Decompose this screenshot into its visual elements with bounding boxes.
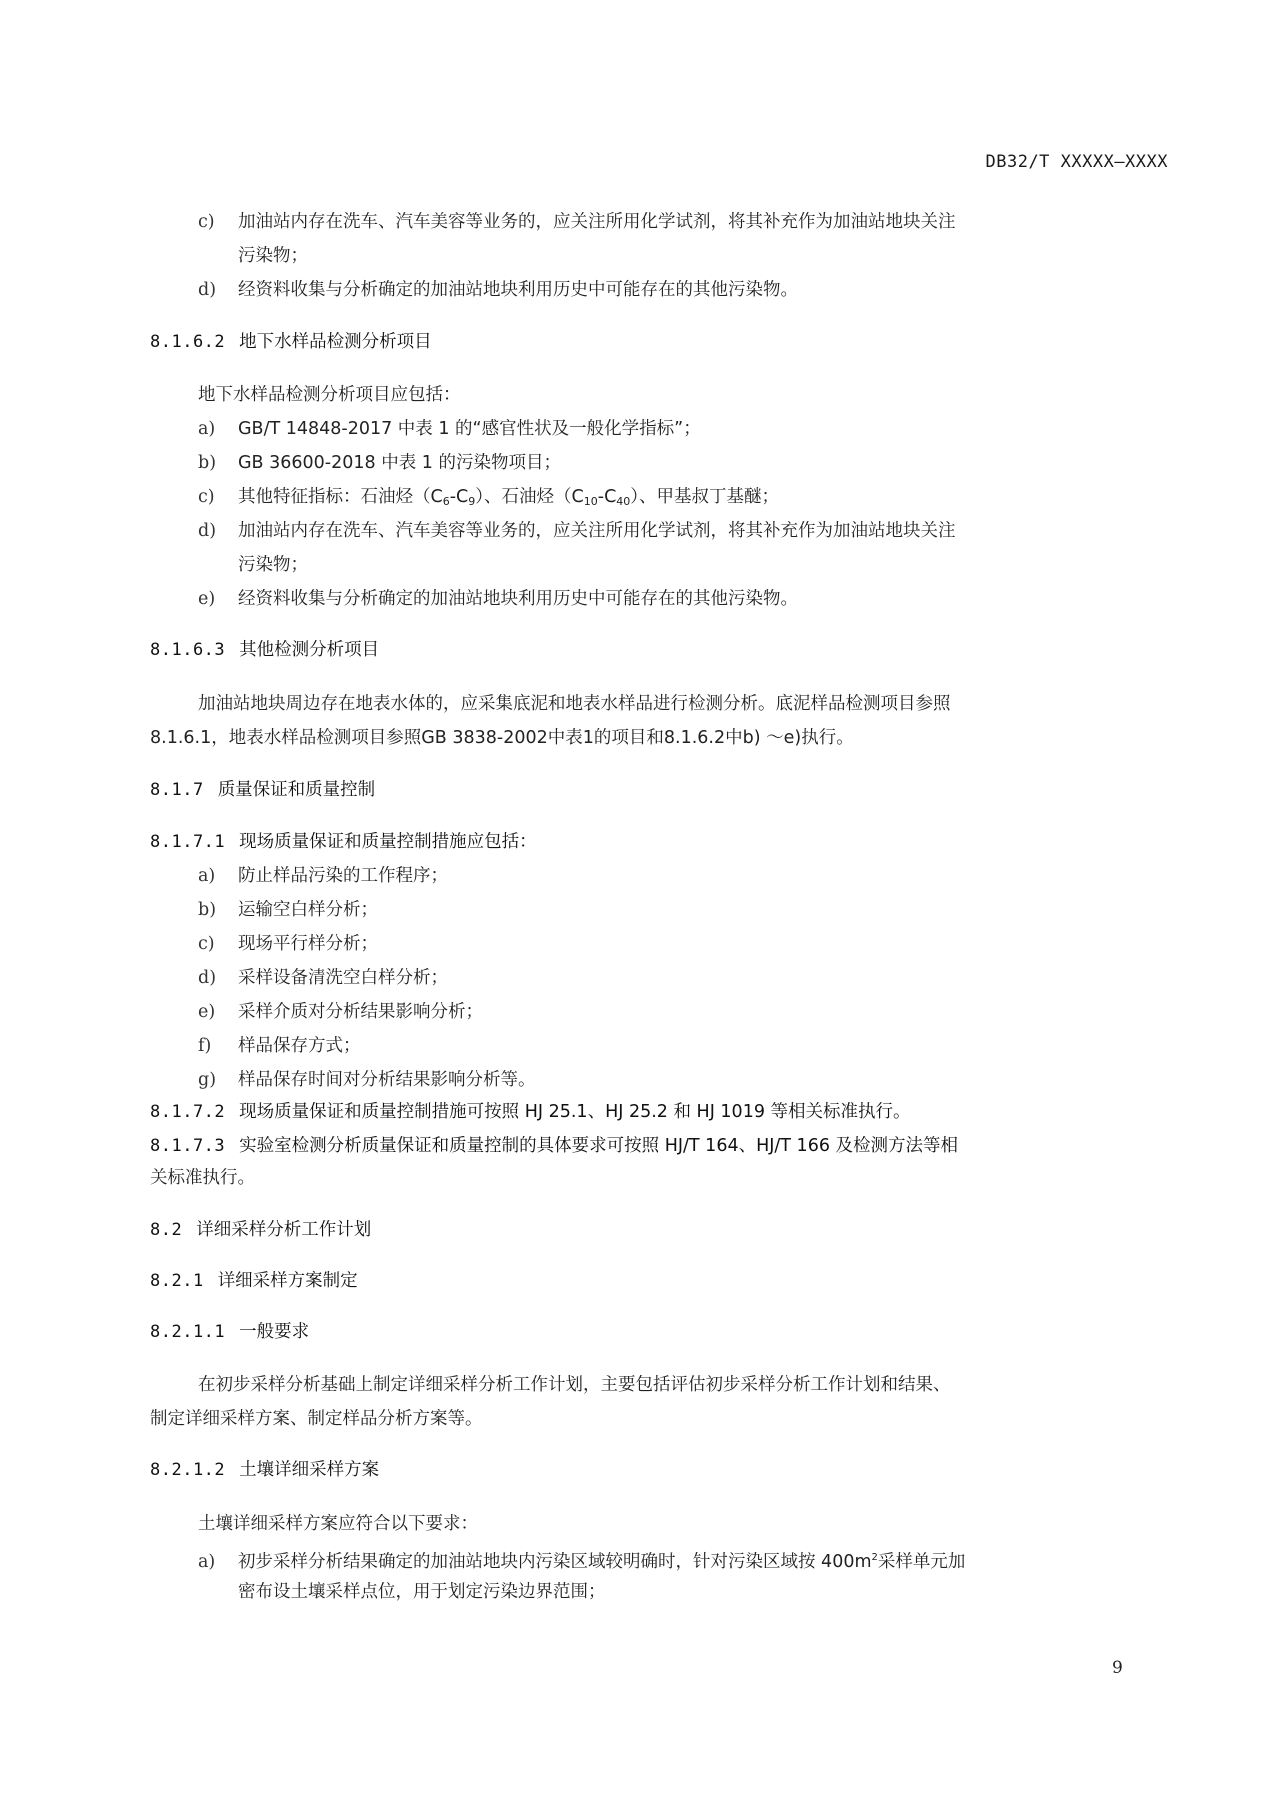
- clause-8-1-7-3: 8.1.7.3实验室检测分析质量保证和质量控制的具体要求可按照 HJ/T 164…: [150, 1134, 958, 1158]
- list-item-c: c)现场平行样分析；: [198, 932, 378, 956]
- list-item-a: a)防止样品污染的工作程序；: [198, 864, 448, 888]
- paragraph: 地下水样品检测分析项目应包括：: [198, 383, 461, 407]
- paragraph: 土壤详细采样方案应符合以下要求：: [198, 1512, 478, 1536]
- list-label: c): [198, 210, 238, 234]
- document-page: DB32/T XXXXX—XXXX c)加油站内存在洗车、汽车美容等业务的，应关…: [0, 0, 1280, 1810]
- list-item-d: d)加油站内存在洗车、汽车美容等业务的，应关注所用化学试剂，将其补充作为加油站地…: [198, 519, 956, 543]
- paragraph-continuation: 制定详细采样方案、制定样品分析方案等。: [150, 1407, 483, 1431]
- list-item-b: b)GB 36600-2018 中表 1 的污染物项目；: [198, 451, 561, 475]
- list-item-g: g)样品保存时间对分析结果影响分析等。: [198, 1068, 536, 1092]
- list-item-c: c)加油站内存在洗车、汽车美容等业务的，应关注所用化学试剂，将其补充作为加油站地…: [198, 210, 956, 234]
- list-item-f: f)样品保存方式；: [198, 1034, 361, 1058]
- list-item-a: a)初步采样分析结果确定的加油站地块内污染区域较明确时，针对污染区域按 400m…: [198, 1546, 965, 1574]
- section-heading-8-2-1: 8.2.1详细采样方案制定: [150, 1269, 358, 1293]
- list-item-e: e)经资料收集与分析确定的加油站地块利用历史中可能存在的其他污染物。: [198, 587, 798, 611]
- clause-8-1-7-1: 8.1.7.1现场质量保证和质量控制措施应包括：: [150, 830, 537, 854]
- paragraph-continuation: 关标准执行。: [150, 1166, 255, 1190]
- paragraph-continuation: 8.1.6.1，地表水样品检测项目参照GB 3838-2002中表1的项目和8.…: [150, 726, 854, 750]
- paragraph: 加油站地块周边存在地表水体的，应采集底泥和地表水样品进行检测分析。底泥样品检测项…: [198, 692, 951, 716]
- section-heading-8-2: 8.2详细采样分析工作计划: [150, 1218, 371, 1242]
- section-heading-8-1-7: 8.1.7质量保证和质量控制: [150, 778, 375, 802]
- standard-code: DB32/T XXXXX—XXXX: [986, 152, 1169, 172]
- section-heading-8-2-1-1: 8.2.1.1一般要求: [150, 1320, 309, 1344]
- list-item-e: e)采样介质对分析结果影响分析；: [198, 1000, 483, 1024]
- section-heading-8-1-6-3: 8.1.6.3其他检测分析项目: [150, 638, 379, 662]
- list-item-c: c)其他特征指标：石油烃（C6-C9）、石油烃（C10-C40）、甲基叔丁基醚；: [198, 485, 779, 514]
- list-item-b: b)运输空白样分析；: [198, 898, 378, 922]
- list-item-d: d)经资料收集与分析确定的加油站地块利用历史中可能存在的其他污染物。: [198, 278, 798, 302]
- list-item-continuation: 污染物；: [238, 244, 308, 268]
- list-item-d: d)采样设备清洗空白样分析；: [198, 966, 448, 990]
- list-item-continuation: 密布设土壤采样点位，用于划定污染边界范围；: [238, 1580, 606, 1604]
- paragraph: 在初步采样分析基础上制定详细采样分析工作计划，主要包括评估初步采样分析工作计划和…: [198, 1373, 951, 1397]
- list-label: d): [198, 278, 238, 302]
- clause-8-1-7-2: 8.1.7.2现场质量保证和质量控制措施可按照 HJ 25.1、HJ 25.2 …: [150, 1100, 911, 1124]
- list-item-a: a)GB/T 14848-2017 中表 1 的“感官性状及一般化学指标”；: [198, 417, 701, 441]
- section-heading-8-1-6-2: 8.1.6.2地下水样品检测分析项目: [150, 330, 432, 354]
- list-item-continuation: 污染物；: [238, 553, 308, 577]
- section-heading-8-2-1-2: 8.2.1.2土壤详细采样方案: [150, 1458, 379, 1482]
- page-number: 9: [1112, 1658, 1123, 1678]
